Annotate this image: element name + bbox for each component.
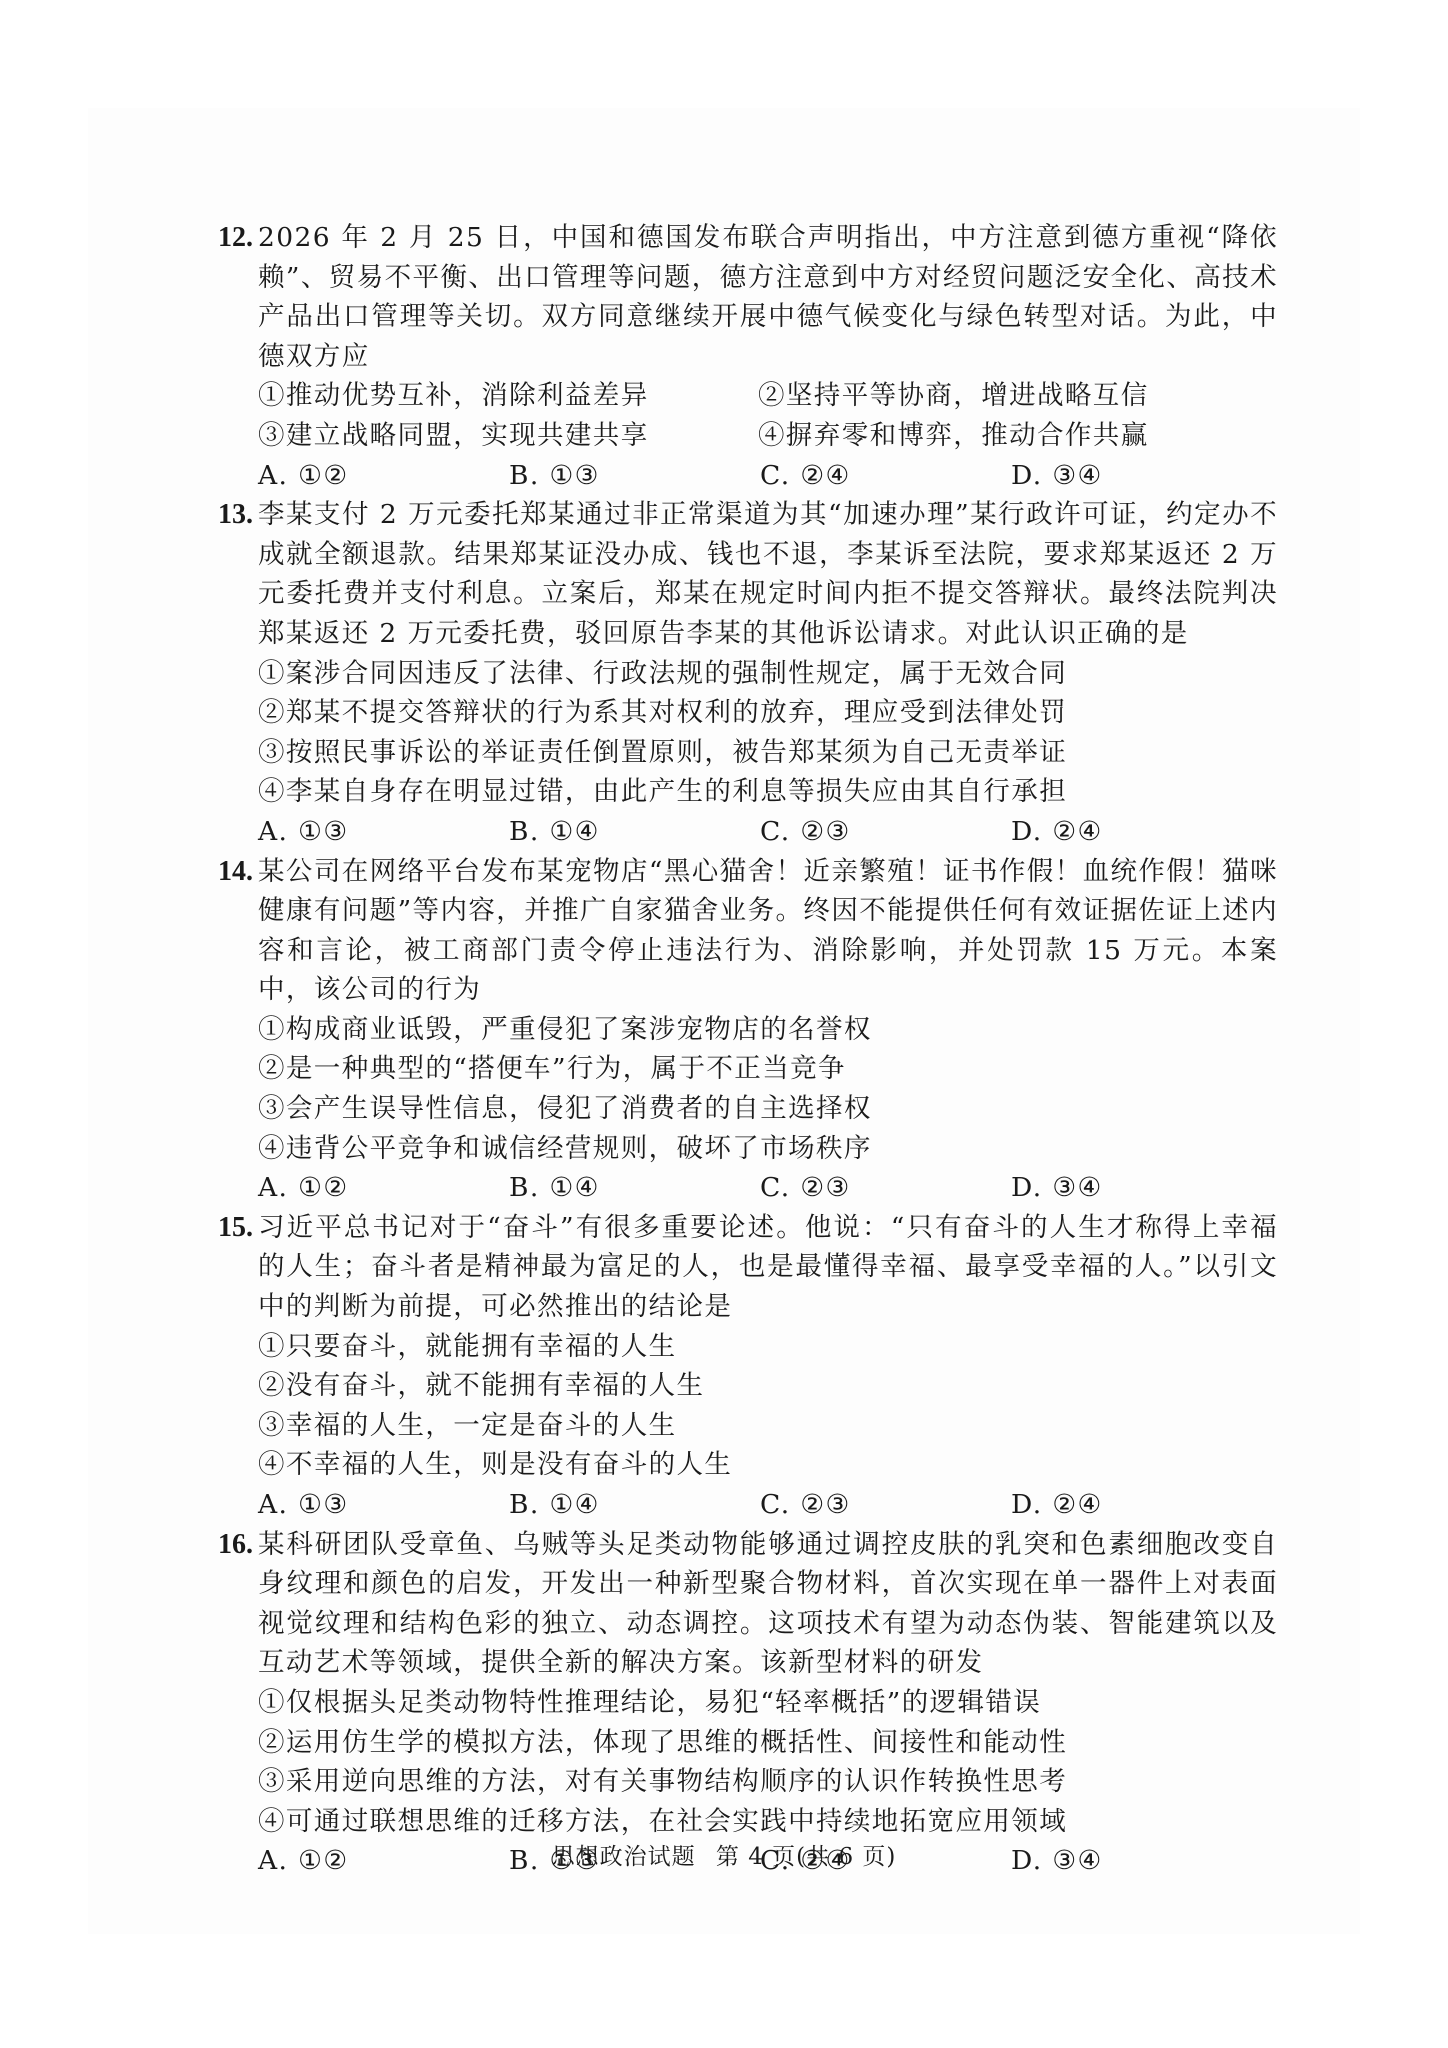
option-1: ①推动优势互补，消除利益差异 [258,376,758,416]
answer-a: A. ①② [258,456,509,496]
answer-a: A. ①② [258,1168,509,1208]
option-2: ②运用仿生学的模拟方法，体现了思维的概括性、间接性和能动性 [218,1723,1278,1763]
answer-c: C. ②③ [760,812,1011,852]
option-4: ④李某自身存在明显过错，由此产生的利息等损失应由其自行承担 [218,772,1278,812]
question-15: 15. 习近平总书记对于“奋斗”有很多重要论述。他说：“只有奋斗的人生才称得上幸… [218,1208,1278,1525]
option-1: ①只要奋斗，就能拥有幸福的人生 [218,1327,1278,1367]
question-stem: 李某支付 2 万元委托郑某通过非正常渠道为其“加速办理”某行政许可证，约定办不成… [218,495,1278,653]
options-row: ③建立战略同盟，实现共建共享 ④摒弃零和博弈，推动合作共赢 [218,416,1278,456]
option-3: ③幸福的人生，一定是奋斗的人生 [218,1406,1278,1446]
question-number: 12. [218,218,253,258]
answer-c: C. ②③ [760,1168,1011,1208]
question-stem: 某科研团队受章鱼、乌贼等头足类动物能够通过调控皮肤的乳突和色素细胞改变自身纹理和… [218,1525,1278,1683]
question-12: 12. 2026 年 2 月 25 日，中国和德国发布联合声明指出，中方注意到德… [218,218,1278,495]
option-4: ④可通过联想思维的迁移方法，在社会实践中持续地拓宽应用领域 [218,1802,1278,1842]
page-footer: 思想政治试题 第 4 页(共 6 页) [0,1838,1448,1871]
option-2: ②是一种典型的“搭便车”行为，属于不正当竞争 [218,1049,1278,1089]
answer-d: D. ③④ [1011,1168,1262,1208]
option-2: ②坚持平等协商，增进战略互信 [758,376,1258,416]
question-14: 14. 某公司在网络平台发布某宠物店“黑心猫舍！近亲繁殖！证书作假！血统作假！猫… [218,852,1278,1208]
option-1: ①仅根据头足类动物特性推理结论，易犯“轻率概括”的逻辑错误 [218,1683,1278,1723]
option-2: ②没有奋斗，就不能拥有幸福的人生 [218,1366,1278,1406]
answer-a: A. ①③ [258,1485,509,1525]
question-number: 15. [218,1208,253,1248]
question-stem: 某公司在网络平台发布某宠物店“黑心猫舍！近亲繁殖！证书作假！血统作假！猫咪健康有… [218,852,1278,1010]
answer-d: D. ②④ [1011,1485,1262,1525]
answer-c: C. ②③ [760,1485,1011,1525]
option-3: ③会产生误导性信息，侵犯了消费者的自主选择权 [218,1089,1278,1129]
option-3: ③按照民事诉讼的举证责任倒置原则，被告郑某须为自己无责举证 [218,733,1278,773]
exam-subject: 思想政治试题 [552,1844,696,1870]
option-3: ③建立战略同盟，实现共建共享 [258,416,758,456]
options-row: ①推动优势互补，消除利益差异 ②坚持平等协商，增进战略互信 [218,376,1278,416]
option-3: ③采用逆向思维的方法，对有关事物结构顺序的认识作转换性思考 [218,1762,1278,1802]
answer-choices: A. ①③ B. ①④ C. ②③ D. ②④ [218,1485,1278,1525]
question-13: 13. 李某支付 2 万元委托郑某通过非正常渠道为其“加速办理”某行政许可证，约… [218,495,1278,851]
answer-b: B. ①③ [509,456,760,496]
answer-d: D. ②④ [1011,812,1262,852]
answer-b: B. ①④ [509,1168,760,1208]
answer-d: D. ③④ [1011,456,1262,496]
answer-choices: A. ①③ B. ①④ C. ②③ D. ②④ [218,812,1278,852]
question-16: 16. 某科研团队受章鱼、乌贼等头足类动物能够通过调控皮肤的乳突和色素细胞改变自… [218,1525,1278,1881]
exam-questions: 12. 2026 年 2 月 25 日，中国和德国发布联合声明指出，中方注意到德… [218,218,1278,1881]
question-stem: 习近平总书记对于“奋斗”有很多重要论述。他说：“只有奋斗的人生才称得上幸福的人生… [218,1208,1278,1327]
question-number: 14. [218,852,253,892]
answer-b: B. ①④ [509,1485,760,1525]
answer-a: A. ①③ [258,812,509,852]
page-number: 第 4 页(共 6 页) [716,1844,896,1870]
option-4: ④摒弃零和博弈，推动合作共赢 [758,416,1258,456]
option-4: ④违背公平竞争和诚信经营规则，破坏了市场秩序 [218,1129,1278,1169]
answer-b: B. ①④ [509,812,760,852]
question-number: 13. [218,495,253,535]
answer-c: C. ②④ [760,456,1011,496]
question-stem: 2026 年 2 月 25 日，中国和德国发布联合声明指出，中方注意到德方重视“… [218,218,1278,376]
answer-choices: A. ①② B. ①④ C. ②③ D. ③④ [218,1168,1278,1208]
answer-choices: A. ①② B. ①③ C. ②④ D. ③④ [218,456,1278,496]
option-4: ④不幸福的人生，则是没有奋斗的人生 [218,1445,1278,1485]
option-1: ①案涉合同因违反了法律、行政法规的强制性规定，属于无效合同 [218,654,1278,694]
option-2: ②郑某不提交答辩状的行为系其对权利的放弃，理应受到法律处罚 [218,693,1278,733]
question-number: 16. [218,1525,253,1565]
option-1: ①构成商业诋毁，严重侵犯了案涉宠物店的名誉权 [218,1010,1278,1050]
